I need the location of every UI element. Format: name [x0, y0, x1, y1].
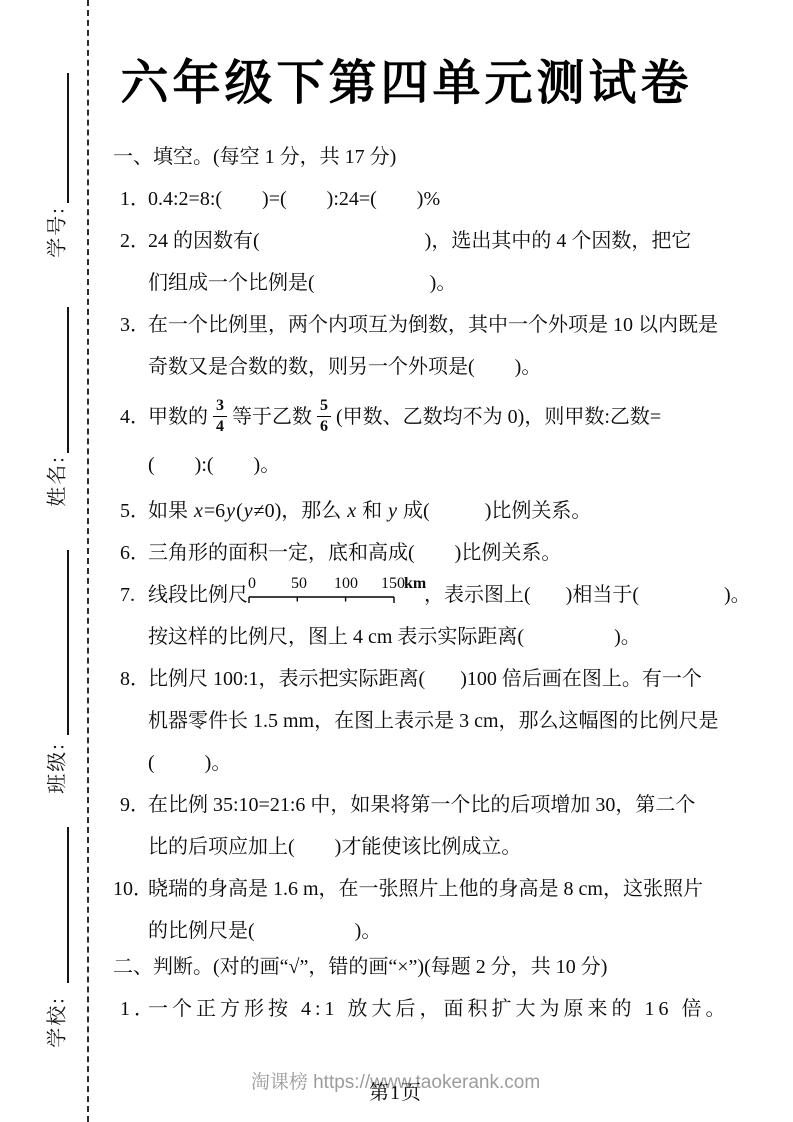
question-5: 5．如果 x=6y(y≠0)，那么 x 和 y 成( )比例关系。: [113, 490, 700, 532]
page-title: 六年级下第四单元测试卷: [113, 56, 700, 111]
sidebar-write-line-school: [67, 827, 69, 983]
sidebar-write-line-student-id: [67, 73, 69, 203]
fraction-5-6: 56: [317, 397, 331, 437]
scale-unit-label: km: [404, 575, 426, 593]
question-2-line-2: 们组成一个比例是( )。: [113, 262, 700, 304]
sidebar-label-class: 班级:: [41, 742, 70, 794]
question-number: 1．: [120, 178, 148, 220]
fraction-3-4: 34: [213, 397, 227, 437]
question-6: 6．三角形的面积一定，底和高成( )比例关系。: [113, 532, 700, 574]
sidebar-write-line-name: [67, 307, 69, 453]
question-text: 在比例 35:10=21:6 中，如果将第一个比的后项增加 30，第二个: [148, 794, 695, 816]
scale-bar-line: [248, 596, 396, 604]
question-text: ，表示图上( )相当于( )。: [424, 584, 751, 606]
question-text: 0.4:2=8:( )=( ):24=( )%: [148, 188, 440, 210]
question-1: 1．0.4:2=8:( )=( ):24=( )%: [113, 178, 700, 220]
question-number: 10．: [113, 868, 148, 910]
question-8-line-3: ( )。: [113, 742, 700, 784]
question-text: 如果 x=6y(y≠0)，那么 x 和 y 成( )比例关系。: [148, 500, 591, 522]
question-text: 在一个比例里，两个内项互为倒数，其中一个外项是 10 以内既是: [148, 314, 718, 336]
question-8-line-1: 8．比例尺 100:1，表示把实际距离( )100 倍后画在图上。有一个: [113, 658, 700, 700]
judge-question-1: 1．一个正方形按 4:1 放大后，面积扩大为原来的 16 倍。: [113, 988, 700, 1030]
scale-bar: 050100150km: [248, 577, 424, 609]
scale-tick-label: 50: [291, 575, 307, 593]
question-text: 24 的因数有( )，选出其中的 4 个因数，把它: [148, 230, 691, 252]
section-judge-heading: 二、判断。(对的画“√”，错的画“×”)(每题 2 分，共 10 分): [113, 946, 700, 988]
question-text: 晓瑞的身高是 1.6 m，在一张照片上他的身高是 8 cm，这张照片: [148, 878, 703, 900]
scale-tick-label: 150: [381, 575, 405, 593]
binding-fold-dashed-line: [87, 0, 89, 1122]
question-text: 等于乙数: [232, 406, 312, 428]
question-text: 甲数的: [148, 406, 208, 428]
question-3-line-1: 3．在一个比例里，两个内项互为倒数，其中一个外项是 10 以内既是: [113, 304, 700, 346]
question-number: 5．: [120, 490, 148, 532]
question-4-line-1: 4．甲数的34等于乙数56(甲数、乙数均不为 0)，则甲数:乙数=: [113, 396, 700, 438]
scale-tick-label: 100: [334, 575, 358, 593]
fraction-denominator: 4: [213, 417, 227, 436]
question-number: 7.: [120, 574, 148, 616]
question-number: 9．: [120, 784, 148, 826]
sidebar-write-line-class: [67, 550, 69, 735]
question-number: 4．: [120, 396, 148, 438]
question-10-line-1: 10．晓瑞的身高是 1.6 m，在一张照片上他的身高是 8 cm，这张照片: [113, 868, 700, 910]
question-8-line-2: 机器零件长 1.5 mm，在图上表示是 3 cm，那么这幅图的比例尺是: [113, 700, 700, 742]
question-text: 比例尺 100:1，表示把实际距离( )100 倍后画在图上。有一个: [148, 668, 702, 690]
question-number: 2．: [120, 220, 148, 262]
sidebar-label-school: 学校:: [41, 996, 70, 1048]
fraction-numerator: 3: [213, 397, 227, 417]
fraction-denominator: 6: [317, 417, 331, 436]
question-text: 线段比例尺: [148, 584, 248, 606]
question-number: 8．: [120, 658, 148, 700]
sidebar-label-name: 姓名:: [41, 455, 70, 507]
section-fill-heading: 一、填空。(每空 1 分，共 17 分): [113, 136, 700, 178]
question-number: 1．: [120, 988, 148, 1030]
question-2-line-1: 2．24 的因数有( )，选出其中的 4 个因数，把它: [113, 220, 700, 262]
question-9-line-2: 比的后项应加上( )才能使该比例成立。: [113, 826, 700, 868]
scale-tick-label: 0: [248, 575, 256, 593]
question-3-line-2: 奇数又是合数的数，则另一个外项是( )。: [113, 346, 700, 388]
fraction-numerator: 5: [317, 397, 331, 417]
question-number: 3．: [120, 304, 148, 346]
page-number: 第1页: [102, 1076, 689, 1105]
question-text: (甲数、乙数均不为 0)，则甲数:乙数=: [336, 406, 661, 428]
question-text: 一个正方形按 4:1 放大后，面积扩大为原来的 16 倍。: [148, 998, 730, 1020]
question-7-line-1: 7.线段比例尺050100150km，表示图上( )相当于( )。: [113, 574, 700, 616]
question-7-line-2: 按这样的比例尺，图上 4 cm 表示实际距离( )。: [113, 616, 700, 658]
question-9-line-1: 9．在比例 35:10=21:6 中，如果将第一个比的后项增加 30，第二个: [113, 784, 700, 826]
question-number: 6．: [120, 532, 148, 574]
question-text: 三角形的面积一定，底和高成( )比例关系。: [148, 542, 561, 564]
test-paper-content: 六年级下第四单元测试卷 一、填空。(每空 1 分，共 17 分) 1．0.4:2…: [113, 0, 700, 1030]
question-4-line-2: ( ):( )。: [113, 444, 700, 486]
question-lines: 一、填空。(每空 1 分，共 17 分) 1．0.4:2=8:( )=( ):2…: [113, 136, 700, 1030]
sidebar-label-student-id: 学号:: [41, 206, 70, 258]
